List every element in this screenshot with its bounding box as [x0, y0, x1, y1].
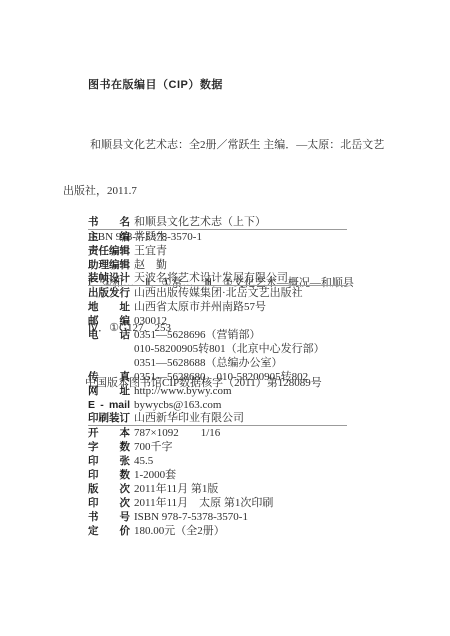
- colophon-row: 邮 编 030012: [88, 314, 347, 328]
- colophon-row: 印 数 1-2000套: [88, 468, 347, 482]
- colophon-row: 出版发行 山西出版传媒集团·北岳文艺出版社: [88, 286, 347, 300]
- colophon-value: 1-2000套: [134, 469, 176, 483]
- colophon-row: 定 价 180.00元（全2册）: [88, 524, 347, 538]
- colophon-row: 主 编 常跃生: [88, 230, 347, 244]
- colophon-label: 主 编: [88, 231, 130, 245]
- colophon-label: E - mail: [88, 399, 130, 413]
- colophon-label: 地 址: [88, 301, 130, 315]
- colophon-row: 网 址 http://www.bywy.com: [88, 384, 347, 398]
- colophon-value: 赵 勤: [134, 259, 167, 273]
- colophon-label: 传 真: [88, 371, 130, 385]
- colophon-value: 山西新华印业有限公司: [134, 412, 244, 426]
- colophon-label: 电 话: [88, 329, 130, 343]
- colophon-label: 装帧设计: [88, 272, 130, 286]
- colophon-row: 电 话 0351—5628696（营销部）: [88, 328, 347, 342]
- colophon-value: 和顺县文化艺术志（上下）: [134, 216, 266, 230]
- colophon-row: 版 次 2011年11月 第1版: [88, 482, 347, 496]
- colophon-value: 山西省太原市并州南路57号: [134, 301, 266, 315]
- colophon-value: 天波名将艺术设计发展有限公司: [134, 272, 288, 286]
- colophon-value: 180.00元（全2册）: [134, 525, 225, 539]
- colophon-label: 开 本: [88, 427, 130, 441]
- colophon-label: 印 张: [88, 455, 130, 469]
- colophon-row: 责任编辑 王宜青: [88, 244, 347, 258]
- cip-header: 图书在版编目（CIP）数据: [88, 78, 387, 93]
- colophon-label: 书 名: [88, 216, 130, 230]
- colophon-label: 印 数: [88, 469, 130, 483]
- colophon-value: ISBN 978-7-5378-3570-1: [134, 511, 248, 525]
- colophon-row: 字 数 700千字: [88, 440, 347, 454]
- colophon-row: 010-58200905转801（北京中心发行部）: [88, 342, 347, 356]
- colophon-value: 常跃生: [134, 231, 167, 245]
- colophon-label: 助理编辑: [88, 259, 130, 273]
- colophon-row: 印 次 2011年11月 太原 第1次印刷: [88, 496, 347, 510]
- colophon-label: 出版发行: [88, 287, 130, 301]
- colophon-row: 书 号 ISBN 978-7-5378-3570-1: [88, 510, 347, 524]
- colophon-row: 开 本 787×1092 1/16: [88, 426, 347, 440]
- colophon-label: 书 号: [88, 511, 130, 525]
- colophon-value: 0351—5628688（总编办公室）: [134, 357, 283, 371]
- colophon-label: 网 址: [88, 385, 130, 399]
- colophon-row: 传 真 0351—5628680 010-58200905转802: [88, 370, 347, 384]
- colophon-value: 45.5: [134, 455, 153, 469]
- copyright-page: 图书在版编目（CIP）数据 和顺县文化艺术志：全2册／常跃生 主编．—太原：北岳…: [0, 0, 450, 636]
- colophon-value: http://www.bywy.com: [134, 385, 232, 399]
- colophon-value: 王宜青: [134, 245, 167, 259]
- cip-title-line1: 和顺县文化艺术志：全2册／常跃生 主编．—太原：北岳文艺: [63, 138, 387, 153]
- colophon-label: 定 价: [88, 525, 130, 539]
- colophon-label: 字 数: [88, 441, 130, 455]
- colophon-value: bywycbs@163.com: [134, 399, 221, 413]
- colophon-row: 书 名 和顺县文化艺术志（上下）: [88, 216, 347, 230]
- colophon-row: 助理编辑 赵 勤: [88, 258, 347, 272]
- colophon-value: 700千字: [134, 441, 173, 455]
- colophon-row: 0351—5628688（总编办公室）: [88, 356, 347, 370]
- colophon-value: 2011年11月 太原 第1次印刷: [134, 497, 273, 511]
- colophon-row: 地 址 山西省太原市并州南路57号: [88, 300, 347, 314]
- colophon-row: 印刷装订 山西新华印业有限公司: [88, 412, 347, 426]
- colophon-value: 030012: [134, 315, 167, 329]
- colophon-row: 印 张 45.5: [88, 454, 347, 468]
- colophon-value: 山西出版传媒集团·北岳文艺出版社: [134, 287, 303, 301]
- colophon-row: 装帧设计 天波名将艺术设计发展有限公司: [88, 272, 347, 286]
- colophon-label: 邮 编: [88, 315, 130, 329]
- colophon-value: 0351—5628696（营销部）: [134, 329, 261, 343]
- cip-title-line2: 出版社，2011.7: [63, 184, 387, 199]
- colophon-value: 2011年11月 第1版: [134, 483, 218, 497]
- colophon-value: 787×1092 1/16: [134, 427, 220, 441]
- colophon-label: 印刷装订: [88, 412, 130, 426]
- colophon-value: 010-58200905转801（北京中心发行部）: [134, 343, 325, 357]
- colophon-label: 印 次: [88, 497, 130, 511]
- colophon-row: E - mail bywycbs@163.com: [88, 398, 347, 412]
- colophon-table: 书 名 和顺县文化艺术志（上下） 主 编 常跃生 责任编辑 王宜青 助理编辑 赵…: [88, 216, 347, 538]
- colophon-value: 0351—5628680 010-58200905转802: [134, 371, 308, 385]
- colophon-label: 版 次: [88, 483, 130, 497]
- colophon-label: 责任编辑: [88, 245, 130, 259]
